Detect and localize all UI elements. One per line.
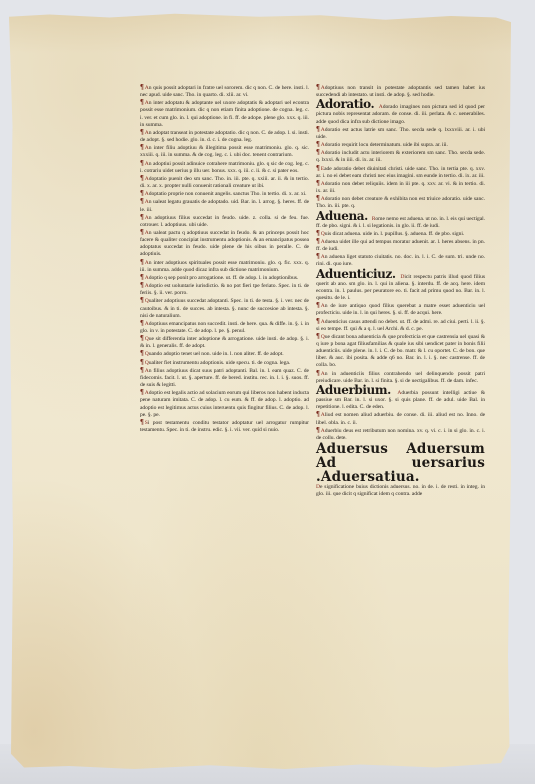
paragraph-mark-icon: ¶ — [140, 197, 144, 205]
glossary-entry: ¶Adoptatio puenit deo sm sanc. Tho. in. … — [140, 175, 309, 190]
glossary-entry: ¶Adoratio requirit locu determinatum. ui… — [316, 141, 485, 149]
headword-entry-large: Aduersus Aduersum Ad uersarius .Aduersat… — [316, 442, 485, 498]
left-text-column: ¶An quis possit adoptari in fratre uel s… — [140, 84, 309, 434]
entry-text: duerbiu deus est retributum non nomina. … — [316, 428, 485, 441]
entry-text: doratio non debet reliquiis. idem in iii… — [316, 181, 485, 194]
entry-text: ue sit differentia inter adoptione & arr… — [140, 336, 309, 349]
entry-text: n adoptat transeat in potestate adoptati… — [140, 130, 309, 143]
paragraph-mark-icon: ¶ — [140, 258, 144, 266]
entry-text: i post testamentu conditu testator adopt… — [140, 420, 309, 433]
paragraph-mark-icon: ¶ — [140, 174, 144, 182]
paragraph-mark-icon: ¶ — [316, 83, 320, 91]
paragraph-mark-icon: ¶ — [140, 349, 144, 357]
glossary-entry: ¶Adoptiuus emancipatus non succedit. ins… — [140, 320, 309, 335]
glossary-entry: ¶An quis possit adoptari in fratre uel s… — [140, 84, 309, 99]
glossary-entry: ¶Adoptatio proprie non conuenit angelis.… — [140, 190, 309, 198]
glossary-entry: ¶An ualeat legatu grauatis de adoptado. … — [140, 198, 309, 213]
glossary-entry: ¶Adoptio q sep ponit pro arrogatione. ut… — [140, 274, 309, 282]
entry-text: uando adoptio tenet uel non. uide in. l.… — [149, 351, 284, 357]
glossary-entry: ¶Adoptio est legalis actio ad solacium e… — [140, 389, 309, 419]
paragraph-mark-icon: ¶ — [140, 159, 144, 167]
headword: Aduena. — [316, 209, 372, 223]
glossary-entry: ¶Que sit differentia inter adoptione & a… — [140, 335, 309, 350]
paragraph-mark-icon: ¶ — [316, 179, 320, 187]
paragraph-mark-icon: ¶ — [140, 83, 144, 91]
entry-text: n in aduenticiis filius contrahendo uel … — [316, 371, 485, 384]
entry-text: doptatio puenit deo sm sanc. Tho. in. ii… — [140, 176, 309, 189]
entry-text: doratio includit actu interiorem & exter… — [316, 150, 485, 163]
entry-text: doptiuus non transit in potestate adopta… — [316, 85, 485, 98]
glossary-entry: ¶Adoratio non debet reliquiis. idem in i… — [316, 180, 485, 195]
glossary-entry: ¶An ualeat pactu q adoptiuus succedat in… — [140, 229, 309, 259]
entry-text: ue dicant bona aduenticia & que profecti… — [316, 334, 485, 369]
entry-text: doptatio proprie non conuenit angelis. s… — [149, 191, 307, 197]
entry-text: duenticius casus attendi no debet. ut. f… — [316, 319, 485, 332]
entry-text: n aduena liget statuto ciuitatis. no. do… — [316, 254, 485, 267]
headword: Aduerbium. — [316, 383, 397, 397]
paragraph-mark-icon: ¶ — [140, 388, 144, 396]
glossary-entry: ¶Eade adoratio debet diuinitati christi.… — [316, 165, 485, 180]
paragraph-mark-icon: ¶ — [316, 369, 320, 377]
paragraph-mark-icon: ¶ — [316, 125, 320, 133]
glossary-entry: ¶An adoptiuus filius succedat in feudo. … — [140, 214, 309, 229]
entry-text: ade adoratio debet diuinitati christi. u… — [316, 166, 485, 179]
paragraph-mark-icon: ¶ — [316, 410, 320, 418]
glossary-entry: ¶An inter adoptiuos spirituales possit e… — [140, 259, 309, 274]
paragraph-mark-icon: ¶ — [140, 281, 144, 289]
paragraph-mark-icon: ¶ — [316, 140, 320, 148]
entry-text: ualiter adoptiuus succedat adoptanti. Sp… — [140, 298, 309, 318]
entry-text: n adoptiuus filius succedat in feudo. ui… — [140, 215, 309, 228]
paragraph-mark-icon: ¶ — [316, 237, 320, 245]
glossary-entry: ¶Quando adoptio tenet uel non. uide in. … — [140, 350, 309, 358]
entry-text: uis dicat aduena. uide in. l. pupillus. … — [325, 231, 465, 237]
paragraph-mark-icon: ¶ — [316, 301, 320, 309]
glossary-entry: ¶An inter filiu adoptiuu & illegitima po… — [140, 144, 309, 159]
entry-text: doptio est legalis actio ad solacium eor… — [140, 390, 309, 417]
glossary-entry: ¶Quis dicat aduena. uide in. l. pupillus… — [316, 230, 485, 238]
entry-text: n inter adoptatu & adoptante uel uxore a… — [140, 100, 309, 127]
right-text-column: ¶Adoptiuus non transit in potestate adop… — [316, 84, 485, 498]
glossary-entry: ¶Adoptio est uoluntarie iurisdictio. & n… — [140, 282, 309, 297]
entry-text: duena uidet ille qui ad tempus moratur a… — [316, 239, 485, 252]
paragraph-mark-icon: ¶ — [316, 317, 320, 325]
glossary-entry: ¶Aduenticius casus attendi no debet. ut.… — [316, 318, 485, 333]
entry-text: n filius adoptiuus dicat suus patri adop… — [140, 368, 309, 388]
headword: Aduersus Aduersum Ad uersarius .Aduersat… — [316, 442, 485, 484]
glossary-entry: ¶Adoratio est actus latrie sm sanc. Tho.… — [316, 126, 485, 141]
paragraph-mark-icon: ¶ — [316, 229, 320, 237]
glossary-entry: ¶Aduerbiu deus est retributum non nomina… — [316, 427, 485, 442]
paragraph-mark-icon: ¶ — [316, 164, 320, 172]
paragraph-mark-icon: ¶ — [140, 319, 144, 327]
headword-entry: Adoratio. Adorado imagines non pictura s… — [316, 99, 485, 125]
glossary-entry: ¶An adoptiui possit adinuice cotrahere m… — [140, 160, 309, 175]
glossary-entry: ¶Adoratio includit actu interiorem & ext… — [316, 149, 485, 164]
entry-text: n ualeat pactu q adoptiuus succedat in f… — [140, 230, 309, 257]
paragraph-mark-icon: ¶ — [140, 189, 144, 197]
glossary-entry: ¶Qualiter fiet instrumentu adoptionis. u… — [140, 359, 309, 367]
entry-text: doratio non debet creature & exhibita no… — [316, 196, 485, 209]
glossary-entry: ¶Que dicant bona aduenticia & que profec… — [316, 333, 485, 370]
glossary-entry: ¶Aliud est nomen aliud aduerbiu. de cons… — [316, 411, 485, 426]
paragraph-mark-icon: ¶ — [140, 358, 144, 366]
paragraph-mark-icon: ¶ — [316, 426, 320, 434]
paragraph-mark-icon: ¶ — [140, 228, 144, 236]
paragraph-mark-icon: ¶ — [140, 273, 144, 281]
headword-gloss: De significatione buius dictionis aduers… — [316, 484, 485, 498]
glossary-entry: ¶An filius adoptiuus dicat suus patri ad… — [140, 367, 309, 389]
entry-text: n inter filiu adoptiuu & illegitima poss… — [140, 145, 309, 158]
entry-text: doptio est uoluntarie iurisdictio. & no … — [140, 283, 309, 296]
entry-text: doptio q sep ponit pro arrogatione. ut. … — [149, 275, 298, 281]
entry-text: n inter adoptiuos spirituales possit ess… — [140, 260, 309, 273]
foxing-stain — [9, 13, 511, 53]
glossary-entry: ¶An de iure antiquo quod filius querebat… — [316, 302, 485, 317]
entry-text: doptiuus emancipatus non succedit. insti… — [140, 321, 309, 334]
paragraph-mark-icon: ¶ — [140, 213, 144, 221]
headword-entry: Aduena. Rome nemo est aduena. ut no. in.… — [316, 211, 485, 230]
paragraph-mark-icon: ¶ — [316, 194, 320, 202]
entry-text: n adoptiui possit adinuice cotrahere mat… — [140, 161, 309, 174]
paragraph-mark-icon: ¶ — [140, 296, 144, 304]
entry-text: liud est nomen aliud aduerbiu. de conse.… — [316, 412, 485, 425]
paragraph-mark-icon: ¶ — [140, 366, 144, 374]
glossary-entry: ¶Qualiter adoptiuus succedat adoptanti. … — [140, 297, 309, 319]
paragraph-mark-icon: ¶ — [140, 418, 144, 426]
entry-text: ualiter fiet instrumentu adoptionis. uid… — [149, 360, 290, 366]
headword-entry: Aduenticiuz. Dicit respectu patris illud… — [316, 269, 485, 303]
entry-text: doratio requirit locu determinatum. uide… — [325, 142, 448, 148]
paragraph-mark-icon: ¶ — [316, 148, 320, 156]
entry-text: doratio est actus latrie sm sanc. Tho. s… — [316, 127, 485, 140]
glossary-entry: ¶An adoptat transeat in potestate adopta… — [140, 129, 309, 144]
entry-text: n quis possit adoptari in fratre uel sor… — [140, 85, 309, 98]
paragraph-mark-icon: ¶ — [140, 334, 144, 342]
entry-text: n de iure antiquo quod filius querebat a… — [316, 303, 485, 316]
paragraph-mark-icon: ¶ — [140, 128, 144, 136]
entry-text: n ualeat legatu grauatis de adoptado. ui… — [140, 199, 309, 212]
glossary-entry: ¶An inter adoptatu & adoptante uel uxore… — [140, 99, 309, 129]
headword-entry: Aduerbium. Aduerbia possunt intelligi ac… — [316, 385, 485, 411]
paragraph-mark-icon: ¶ — [140, 98, 144, 106]
glossary-entry: ¶Aduena uidet ille qui ad tempus moratur… — [316, 238, 485, 253]
paragraph-mark-icon: ¶ — [140, 143, 144, 151]
paragraph-mark-icon: ¶ — [316, 332, 320, 340]
headword: Aduenticiuz. — [316, 267, 400, 281]
glossary-entry: ¶Si post testamentu conditu testator ado… — [140, 419, 309, 434]
headword: Adoratio. — [316, 97, 379, 111]
paragraph-mark-icon: ¶ — [316, 252, 320, 260]
